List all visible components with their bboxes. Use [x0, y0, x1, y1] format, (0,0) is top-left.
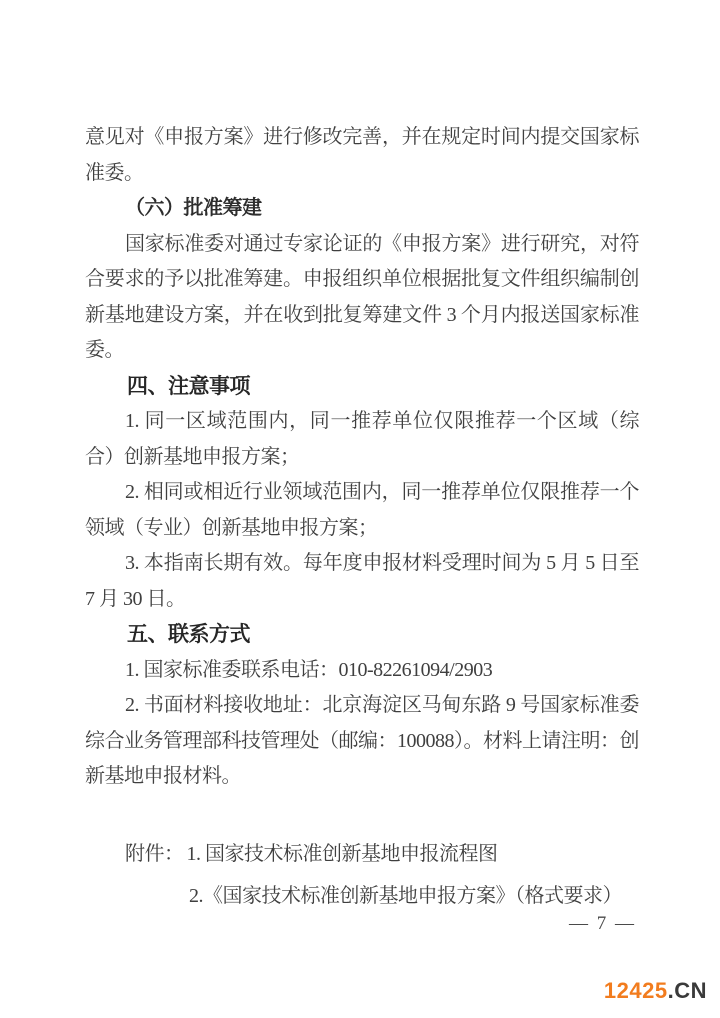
attachments-label: 附件：	[125, 843, 184, 865]
watermark-site-number: 12425	[604, 978, 668, 1003]
attachments-block: 附件：1. 国家技术标准创新基地申报流程图 2.《国家技术标准创新基地申报方案》…	[85, 833, 639, 917]
subsection-six-body: 国家标准委对通过专家论证的《申报方案》进行研究，对符合要求的予以批准筹建。申报组…	[85, 227, 639, 369]
section-four-item-3: 3. 本指南长期有效。每年度申报材料受理时间为 5 月 5 日至 7 月 30 …	[85, 546, 639, 617]
attachment-item-2: 2.《国家技术标准创新基地申报方案》（格式要求）	[85, 875, 639, 917]
section-four-item-2: 2. 相同或相近行业领域范围内，同一推荐单位仅限推荐一个领域（专业）创新基地申报…	[85, 475, 639, 546]
section-five-item-1: 1. 国家标准委联系电话：010-82261094/2903	[85, 653, 639, 689]
attachment-item-1: 附件：1. 国家技术标准创新基地申报流程图	[85, 833, 639, 875]
section-four-item-1: 1. 同一区域范围内，同一推荐单位仅限推荐一个区域（综合）创新基地申报方案；	[85, 404, 639, 475]
document-page: 意见对《申报方案》进行修改完善，并在规定时间内提交国家标准委。 （六）批准筹建 …	[0, 0, 720, 1018]
watermark: 12425.CN	[604, 978, 707, 1004]
document-content: 意见对《申报方案》进行修改完善，并在规定时间内提交国家标准委。 （六）批准筹建 …	[85, 120, 639, 917]
subsection-six-heading: （六）批准筹建	[85, 191, 639, 227]
watermark-site-suffix: .CN	[668, 978, 707, 1003]
page-number: — 7 —	[569, 913, 636, 935]
intro-continuation-paragraph: 意见对《申报方案》进行修改完善，并在规定时间内提交国家标准委。	[85, 120, 639, 191]
section-five-item-2: 2. 书面材料接收地址：北京海淀区马甸东路 9 号国家标准委综合业务管理部科技管…	[85, 688, 639, 795]
section-four-heading: 四、注意事项	[85, 369, 639, 405]
section-five-heading: 五、联系方式	[85, 617, 639, 653]
attachment-item-1-text: 1. 国家技术标准创新基地申报流程图	[187, 843, 498, 865]
